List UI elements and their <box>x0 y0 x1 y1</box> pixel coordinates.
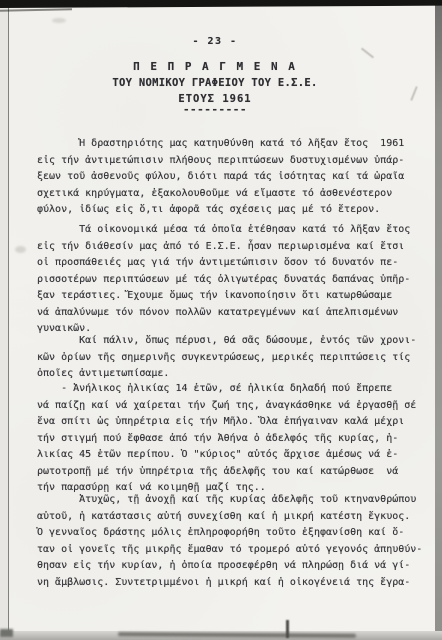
scan-smudge-mark <box>361 48 374 59</box>
page-fold-line <box>8 5 9 640</box>
title-underline: --------- <box>15 103 415 116</box>
document-subtitle: ΤΟΥ ΝΟΜΙΚΟΥ ΓΡΑΦΕΙΟΥ ΤΟΥ Ε.Σ.Ε. <box>15 77 415 89</box>
scanner-top-edge-artifact <box>0 8 72 12</box>
paragraph-4: - Ἀνήλικος ἡλικίας 14 ἐτῶν, σέ ἡλικία δη… <box>37 381 435 497</box>
scan-smudge-mark <box>15 246 26 253</box>
scanner-right-edge <box>435 0 442 640</box>
bottom-left-corner-mark <box>0 629 13 637</box>
page-left-margin-shade <box>0 0 8 640</box>
scan-smudge-mark <box>52 18 66 23</box>
scanned-document-page: - 23 - Π Ε Π Ρ Α Γ Μ Ε Ν Α ΤΟΥ ΝΟΜΙΚΟΥ Γ… <box>0 0 442 640</box>
paragraph-2: Τά οἰκονομικά μέσα τά ὁποῖα ἐτέθησαν κατ… <box>37 222 435 338</box>
paragraph-5: Ἀτυχῶς, τῇ ἀνοχῇ καί τῆς κυρίας ἀδελφῆς … <box>37 492 435 591</box>
paragraph-3: Καί πάλιν, ὅπως πέρυσι, θά σᾶς δώσουμε, … <box>37 333 435 383</box>
paragraph-1: Ἡ δραστηριότης μας κατηυθύνθη κατά τό λῆ… <box>37 136 435 219</box>
bottom-edge-tick-mark <box>286 620 289 638</box>
scanner-top-edge <box>0 0 442 8</box>
document-title: Π Ε Π Ρ Α Γ Μ Ε Ν Α <box>15 60 415 73</box>
page-number: - 23 - <box>15 36 415 47</box>
